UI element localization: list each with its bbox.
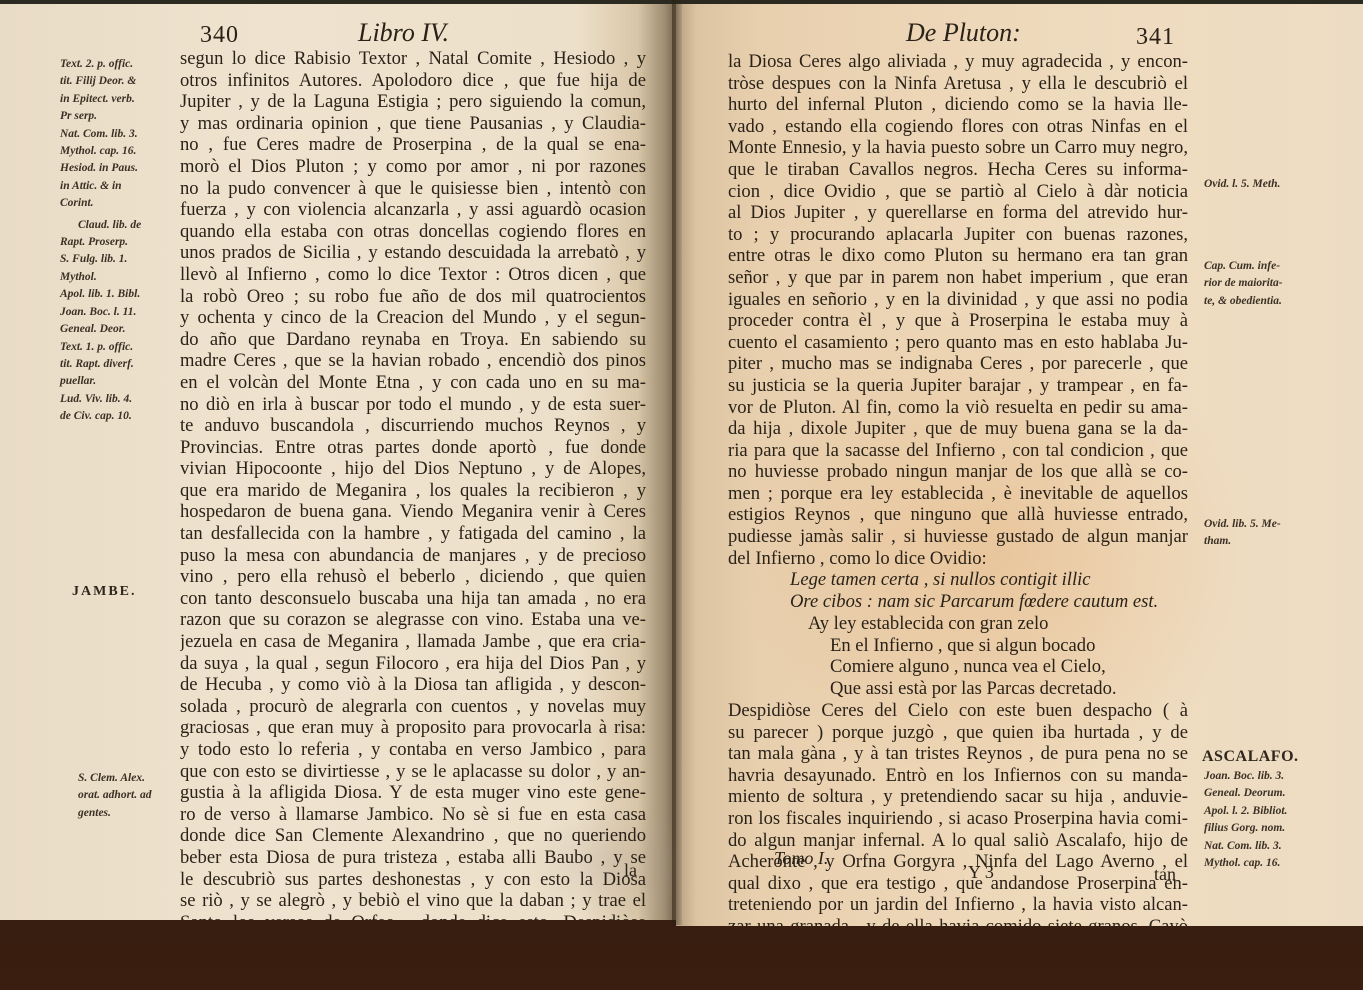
text-line: vor de Pluton. Al fin, como la viò resue… bbox=[728, 397, 1188, 419]
text-line: su justicia se la queria Jupiter barajar… bbox=[728, 375, 1188, 397]
text-line: puso la mesa con abundancia de manjares … bbox=[180, 545, 646, 567]
margin-note: orat. adhort. ad bbox=[78, 787, 188, 804]
signature-mark: Y 3 bbox=[968, 862, 994, 883]
text-line: pudiesse jamàs salir , si huviesse gusta… bbox=[728, 526, 1188, 548]
verse-line: Que assi està por las Parcas decretado. bbox=[808, 678, 1117, 700]
margin-note: Rapt. Proserp. bbox=[60, 234, 185, 251]
margin-note: in Attic. & in bbox=[60, 178, 185, 195]
margin-note: Joan. Boc. l. 11. bbox=[60, 304, 185, 321]
text-line: Despidiòse Ceres del Cielo con este buen… bbox=[728, 700, 1188, 722]
margin-note: Corint. bbox=[60, 195, 185, 212]
text-line: estigios Reynos , que ninguno que allà h… bbox=[728, 504, 1188, 526]
text-line: y mas ordinaria opinion , que tiene Paus… bbox=[180, 113, 646, 135]
page-number: 341 bbox=[1136, 24, 1175, 51]
text-line: do año que Dardano reynaba en Troya. En … bbox=[180, 329, 646, 351]
text-line: vado , estando ella cogiendo flores con … bbox=[728, 116, 1188, 138]
margin-note: Nat. Com. lib. 3. bbox=[60, 126, 185, 143]
text-line: Jupiter , y de la Laguna Estigia ; pero … bbox=[180, 91, 646, 113]
text-line: le descubriò sus partes deshonestas , y … bbox=[180, 869, 646, 891]
margin-note: in Epitect. verb. bbox=[60, 91, 185, 108]
text-line: piter , mucho mas se indignaba Ceres , p… bbox=[728, 353, 1188, 375]
text-line: proceder contra èl , y que à Proserpina … bbox=[728, 310, 1188, 332]
margin-note: S. Clem. Alex. bbox=[78, 770, 188, 787]
text-line: entre otras le dixo como Pluton su herma… bbox=[728, 245, 1188, 267]
margin-note: puellar. bbox=[60, 373, 185, 390]
footer-volume: Tomo I. bbox=[774, 848, 828, 869]
latin-verse: Lege tamen certa , si nullos contigit il… bbox=[790, 569, 1158, 612]
margin-note: rior de maiorita- bbox=[1204, 275, 1344, 292]
text-line: Provincias. Entre otras partes donde apo… bbox=[180, 437, 646, 459]
margin-note: filius Gorg. nom. bbox=[1204, 820, 1354, 837]
text-line: cion , dice Ovidio , que se partiò al Ci… bbox=[728, 181, 1188, 203]
verse-line: Ay ley establecida con gran zelo bbox=[808, 613, 1117, 635]
body-text: la Diosa Ceres algo aliviada , y muy agr… bbox=[728, 51, 1188, 569]
text-line: tan desfallecida con la hambre , y fatig… bbox=[180, 523, 646, 545]
margin-note: Text. 1. p. offic. bbox=[60, 339, 185, 356]
text-line: vivian Hipocoonte , hijo del Dios Neptun… bbox=[180, 458, 646, 480]
text-line: tan mala gàna , y à tan tristes Reynos ,… bbox=[728, 743, 1188, 765]
text-line: en el volcàn del Monte Etna , y con cada… bbox=[180, 372, 646, 394]
text-line: Monte Ennesio, y la havia puesto sobre u… bbox=[728, 137, 1188, 159]
right-page: De Pluton: 341 la Diosa Ceres algo alivi… bbox=[676, 4, 1363, 926]
margin-note: gentes. bbox=[78, 805, 188, 822]
margin-note: Pr serp. bbox=[60, 108, 185, 125]
margin-note: Ovid. lib. 5. Me- bbox=[1204, 516, 1344, 533]
verse-line: Ore cibos : nam sic Parcarum fœdere caut… bbox=[790, 591, 1158, 613]
text-line: ro de verso à llamarse Jambico. No sè si… bbox=[180, 804, 646, 826]
text-line: segun lo dice Rabisio Textor , Natal Com… bbox=[180, 48, 646, 70]
text-line: al Dios Jupiter , y querellarse en forma… bbox=[728, 202, 1188, 224]
text-line: da suya , la qual , segun Filocoro , era… bbox=[180, 653, 646, 675]
spanish-verse: Ay ley establecida con gran zelo En el I… bbox=[808, 613, 1117, 699]
text-line: tròse despues con la Ninfa Aretusa , y e… bbox=[728, 73, 1188, 95]
text-line: hurto del infernal Pluton , diciendo com… bbox=[728, 94, 1188, 116]
text-line: y ochenta y cinco de la Creacion del Mun… bbox=[180, 307, 646, 329]
text-line: solada , procurò de alegrarla con cuento… bbox=[180, 696, 646, 718]
book-gutter bbox=[672, 0, 682, 925]
text-line: cuento el casamiento ; pero quanto mas e… bbox=[728, 332, 1188, 354]
text-line: ron los fiscales inquiriendo , si acaso … bbox=[728, 808, 1188, 830]
margin-note: Lud. Viv. lib. 4. bbox=[60, 391, 185, 408]
margin-note: tit. Filij Deor. & bbox=[60, 73, 185, 90]
margin-note-ovid-meth: Ovid. l. 5. Meth. bbox=[1204, 176, 1280, 193]
text-line: unos prados de Sicilia , y estando descu… bbox=[180, 242, 646, 264]
text-line: de Hecuba , y como viò à la Diosa tan af… bbox=[180, 674, 646, 696]
text-line: to ; y procurando aplacarla Jupiter con … bbox=[728, 224, 1188, 246]
margin-note: Mythol. bbox=[60, 269, 185, 286]
text-line: señor , y que par in parem non habet imp… bbox=[728, 267, 1188, 289]
margin-note: Claud. lib. de bbox=[60, 217, 185, 234]
margin-note: S. Fulg. lib. 1. bbox=[60, 251, 185, 268]
text-line: ria para que la sacasse del Infierno , c… bbox=[728, 440, 1188, 462]
text-line: fuerza , y con violencia alcanzarla , y … bbox=[180, 199, 646, 221]
verse-line: Comiere alguno , nunca vea el Cielo, bbox=[808, 656, 1117, 678]
text-line: hospedaron de buena gana. Viendo Meganir… bbox=[180, 501, 646, 523]
text-line: donde dice San Clemente Alexandrino , qu… bbox=[180, 825, 646, 847]
text-line: llevò al Infierno , como lo dice Textor … bbox=[180, 264, 646, 286]
text-line: no , fue Ceres madre de Proserpina , de … bbox=[180, 134, 646, 156]
side-heading-ascalafo: ASCALAFO. bbox=[1202, 748, 1299, 766]
text-line: men ; porque era ley establecida , è ine… bbox=[728, 483, 1188, 505]
text-line: treteniendo por un jardin del Infierno ,… bbox=[728, 894, 1188, 916]
margin-note: Mythol. cap. 16. bbox=[1204, 855, 1354, 872]
text-line: y todo esto lo referia , y contaba en ve… bbox=[180, 739, 646, 761]
text-line: no diò en irla à buscar por todo el mund… bbox=[180, 394, 646, 416]
margin-note: Mythol. cap. 16. bbox=[60, 143, 185, 160]
margin-note: te, & obedientia. bbox=[1204, 293, 1344, 310]
text-line: Santo los versos de Orfeo , donde dice e… bbox=[180, 912, 646, 920]
text-line: no huviesse probado ningun manjar de los… bbox=[728, 461, 1188, 483]
text-line: zar una granada , y de ella havia comido… bbox=[728, 916, 1188, 926]
margin-notes: Text. 2. p. offic. tit. Filij Deor. & in… bbox=[60, 56, 185, 426]
margin-notes-ovid-metham: Ovid. lib. 5. Me- tham. bbox=[1204, 516, 1344, 551]
text-line: te anduvo buscandola , discurriendo much… bbox=[180, 415, 646, 437]
text-line: madre Ceres , que se la havian robado , … bbox=[180, 350, 646, 372]
text-line: la robò Oreo ; su robo fue año de dos mi… bbox=[180, 286, 646, 308]
text-line: del Infierno , como lo dice Ovidio: bbox=[728, 548, 1188, 570]
running-head: Libro IV. bbox=[358, 18, 449, 48]
text-line: morò el Dios Pluton ; y como por amor , … bbox=[180, 156, 646, 178]
margin-note: Hesiod. in Paus. bbox=[60, 160, 185, 177]
margin-note: Geneal. Deor. bbox=[60, 321, 185, 338]
text-line: razon que su corazon se alegrasse con vi… bbox=[180, 609, 646, 631]
catchword: tan bbox=[1154, 864, 1176, 885]
margin-note: Geneal. Deorum. bbox=[1204, 785, 1354, 802]
text-line: que era marido de Meganira , los quales … bbox=[180, 480, 646, 502]
margin-note: tham. bbox=[1204, 533, 1344, 550]
margin-note: Apol. l. 2. Bibliot. bbox=[1204, 803, 1354, 820]
text-line: que le tiraban Cavallos negros. Hecha Ce… bbox=[728, 159, 1188, 181]
text-line: se riò , y se alegrò , y bebiò el vino q… bbox=[180, 890, 646, 912]
margin-note: Nat. Com. lib. 3. bbox=[1204, 838, 1354, 855]
text-line: que con esto se divirtiesse , y se le ap… bbox=[180, 761, 646, 783]
margin-note: Apol. lib. 1. Bibl. bbox=[60, 286, 185, 303]
text-line: con tanto desconsuelo buscaba una hija t… bbox=[180, 588, 646, 610]
body-text-continued: Despidiòse Ceres del Cielo con este buen… bbox=[728, 700, 1188, 926]
text-line: quando ella estaba con otras doncellas c… bbox=[180, 221, 646, 243]
text-line: iguales en señorio , y en la divinidad ,… bbox=[728, 289, 1188, 311]
text-line: miento de soltura , y pretendiendo sacar… bbox=[728, 786, 1188, 808]
margin-notes-cap-cum: Cap. Cum. infe- rior de maiorita- te, & … bbox=[1204, 258, 1344, 310]
text-line: vino , pero ella rehusò el beberlo , dic… bbox=[180, 566, 646, 588]
catchword: la bbox=[624, 860, 637, 881]
margin-notes-ascalafo: Joan. Boc. lib. 3. Geneal. Deorum. Apol.… bbox=[1204, 768, 1354, 872]
text-line: gustia à la afligida Diosa. Y de esta mu… bbox=[180, 782, 646, 804]
margin-note: tit. Rapt. diverf. bbox=[60, 356, 185, 373]
running-head: De Pluton: bbox=[906, 18, 1021, 48]
margin-note: Text. 2. p. offic. bbox=[60, 56, 185, 73]
page-number: 340 bbox=[200, 22, 239, 49]
text-line: beber esta Diosa de pura tristeza , esta… bbox=[180, 847, 646, 869]
text-line: qual dixo , que era testigo , que andand… bbox=[728, 873, 1188, 895]
text-line: su parecer ) porque juzgò , que quien ib… bbox=[728, 722, 1188, 744]
text-line: otros infinitos Autores. Apolodoro dice … bbox=[180, 70, 646, 92]
margin-note: Cap. Cum. infe- bbox=[1204, 258, 1344, 275]
text-line: havria desayunado. Entrò en los Infierno… bbox=[728, 765, 1188, 787]
text-line: jezuela en casa de Meganira , llamada Ja… bbox=[180, 631, 646, 653]
left-page: 340 Libro IV. Text. 2. p. offic. tit. Fi… bbox=[0, 4, 678, 920]
text-line: graciosas , que eran muy à proposito par… bbox=[180, 717, 646, 739]
side-heading-jambe: JAMBE. bbox=[72, 584, 137, 600]
margin-note: de Civ. cap. 10. bbox=[60, 408, 185, 425]
margin-note: Joan. Boc. lib. 3. bbox=[1204, 768, 1354, 785]
verse-line: Lege tamen certa , si nullos contigit il… bbox=[790, 569, 1158, 591]
margin-notes-clement: S. Clem. Alex. orat. adhort. ad gentes. bbox=[78, 770, 188, 822]
text-line: la Diosa Ceres algo aliviada , y muy agr… bbox=[728, 51, 1188, 73]
text-line: no la pudo convencer à que le quisiesse … bbox=[180, 178, 646, 200]
text-line: da hija , dixole Jupiter , que de muy bu… bbox=[728, 418, 1188, 440]
verse-line: En el Infierno , que si algun bocado bbox=[808, 635, 1117, 657]
body-text: segun lo dice Rabisio Textor , Natal Com… bbox=[180, 48, 646, 920]
